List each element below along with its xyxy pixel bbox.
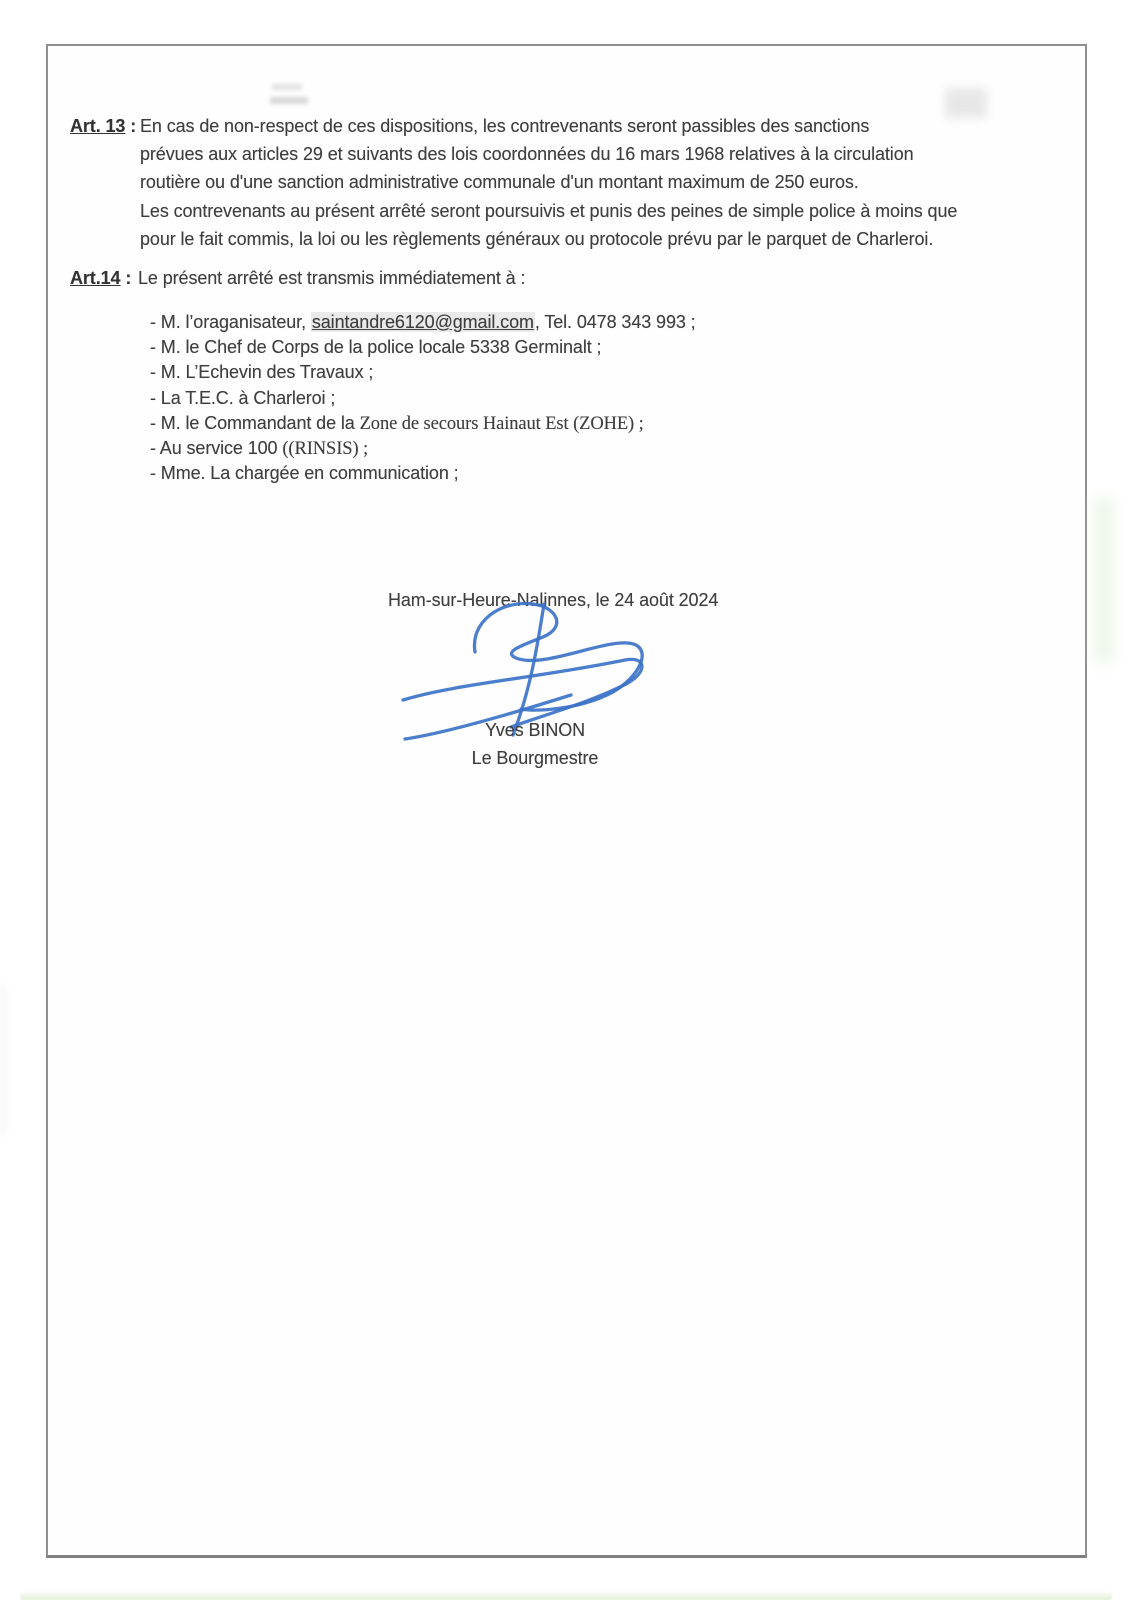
signatory-title: Le Bourgmestre xyxy=(405,747,665,769)
recipient-organizer: - M. l’oraganisateur, saintandre6120@gma… xyxy=(150,311,696,333)
recipient-communication: - Mme. La chargée en communication ; xyxy=(150,462,459,484)
recipient-organizer-prefix: - M. l’oraganisateur, xyxy=(150,312,311,332)
article-14-text: Le présent arrêté est transmis immédiate… xyxy=(138,267,525,289)
organizer-email-link: saintandre6120@gmail.com xyxy=(311,312,535,332)
scan-smear xyxy=(1094,498,1114,663)
article-13-line: En cas de non-respect de ces disposition… xyxy=(140,115,869,137)
article-13-line: pour le fait commis, la loi ou les règle… xyxy=(140,228,933,250)
article-13-line: prévues aux articles 29 et suivants des … xyxy=(140,143,914,165)
scanned-document-page: Art. 13 : En cas de non-respect de ces d… xyxy=(0,0,1131,1600)
article-14-label: Art.14 : xyxy=(70,267,131,289)
recipient-commandant: - M. le Commandant de la Zone de secours… xyxy=(150,412,644,435)
scan-edge-strip xyxy=(20,1591,1112,1600)
scan-smear xyxy=(0,985,6,1135)
recipient-service100: - Au service 100 ((RINSIS) ; xyxy=(150,437,368,460)
recipient-echevin: - M. L’Echevin des Travaux ; xyxy=(150,361,373,383)
recipient-tec: - La T.E.C. à Charleroi ; xyxy=(150,387,335,409)
article-13-line: Les contrevenants au présent arrêté sero… xyxy=(140,200,957,222)
signature-stroke xyxy=(513,604,544,735)
signatory-name: Yves BINON xyxy=(420,719,650,741)
signature-stroke xyxy=(474,604,642,711)
article-13-label-text: Art. 13 xyxy=(70,116,125,136)
article-13-label: Art. 13 : xyxy=(70,115,136,137)
signature-stroke xyxy=(403,659,642,727)
article-13-label-colon: : xyxy=(125,116,136,136)
article-14-label-text: Art.14 xyxy=(70,268,120,288)
article-14-label-colon: : xyxy=(120,268,131,288)
recipient-commandant-sans: - M. le Commandant de la xyxy=(150,413,360,433)
recipient-service100-serif: ((RINSIS) ; xyxy=(282,439,368,459)
recipient-police-chief: - M. le Chef de Corps de la police local… xyxy=(150,336,601,358)
recipient-service100-sans: - Au service 100 xyxy=(150,438,282,458)
recipient-commandant-serif: Zone de secours Hainaut Est (ZOHE) ; xyxy=(360,414,644,434)
article-13-line: routière ou d'une sanction administrativ… xyxy=(140,171,859,193)
recipient-organizer-suffix: , Tel. 0478 343 993 ; xyxy=(535,312,696,332)
